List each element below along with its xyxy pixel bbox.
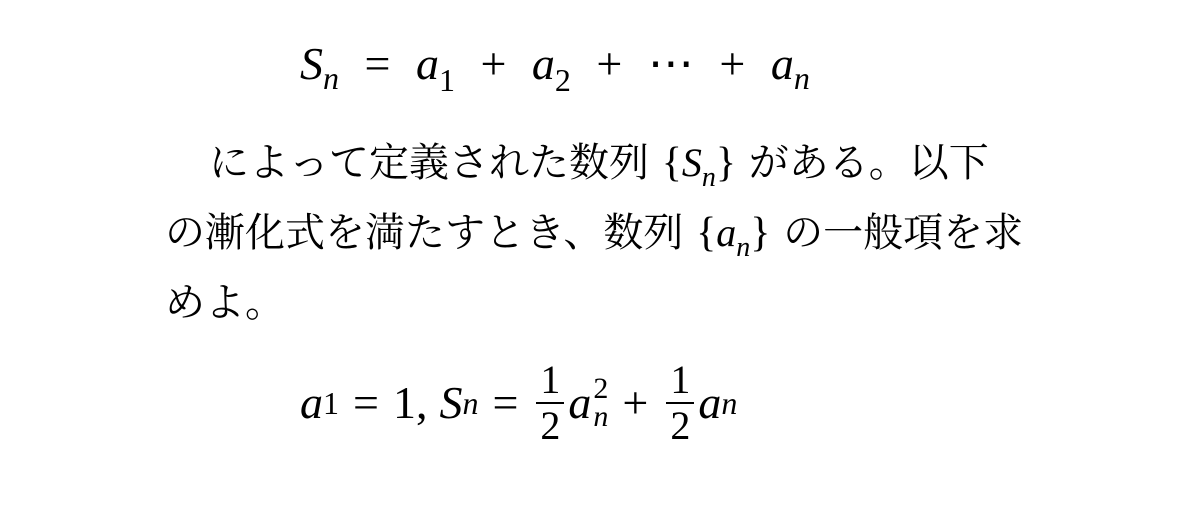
var-S: S [682, 140, 702, 185]
equals-sign: = [353, 373, 379, 433]
var-an-squared: a [568, 373, 591, 433]
var-a1: a [416, 38, 439, 89]
var-S: S [300, 38, 323, 89]
subscript-n: n [794, 60, 810, 96]
text-segment: によって定義された数列 [209, 140, 662, 186]
plus-sign: + [596, 38, 622, 89]
problem-text: によって定義された数列 {Sn} がある。以下 の漸化式を満たすとき、数列 {a… [165, 128, 1175, 338]
brace-close: } [716, 140, 736, 186]
subscript-n: n [462, 373, 478, 433]
subscript-1: 1 [439, 62, 455, 98]
text-line-1: によって定義された数列 {Sn} がある。以下 [165, 128, 1175, 198]
equals-sign: = [365, 38, 391, 89]
brace-open: { [662, 140, 682, 186]
var-a: a [716, 210, 736, 255]
var-a1: a [300, 373, 323, 433]
superscript-2: 2 [593, 375, 608, 403]
plus-sign: + [480, 38, 506, 89]
numerator: 1 [536, 358, 564, 404]
plus-sign: + [622, 373, 648, 433]
subscript-n: n [323, 60, 339, 96]
subscript-n: n [736, 232, 750, 263]
equals-sign: = [492, 373, 518, 433]
var-S: S [439, 373, 462, 433]
text-line-2: の漸化式を満たすとき、数列 {an} の一般項を求 [165, 198, 1175, 268]
text-segment: の漸化式を満たすとき、数列 [165, 210, 696, 256]
ellipsis: ⋯ [648, 38, 694, 89]
subscript-n: n [721, 373, 737, 433]
numerator: 1 [666, 358, 694, 404]
equation-recurrence: a1 = 1, Sn = 1 2 a2n + 1 2 an [300, 358, 737, 448]
brace-close: } [750, 210, 770, 256]
subscript-2: 2 [555, 62, 571, 98]
text-line-3: めよ。 [165, 268, 1175, 338]
denominator: 2 [536, 404, 564, 448]
var-an: a [698, 373, 721, 433]
text-segment: がある。以下 [736, 140, 989, 186]
subscript-n: n [593, 403, 608, 431]
value-1: 1, [393, 373, 428, 433]
var-an: a [771, 38, 794, 89]
var-a2: a [532, 38, 555, 89]
sup-sub: 2n [593, 375, 608, 431]
brace-open: { [696, 210, 716, 256]
plus-sign: + [719, 38, 745, 89]
fraction-one-half: 1 2 [666, 358, 694, 448]
subscript-1: 1 [323, 373, 339, 433]
denominator: 2 [666, 404, 694, 448]
subscript-n: n [702, 162, 716, 193]
fraction-one-half: 1 2 [536, 358, 564, 448]
text-segment: の一般項を求 [770, 210, 1023, 256]
equation-sum-definition: Sn = a1 + a2 + ⋯ + an [300, 34, 810, 110]
